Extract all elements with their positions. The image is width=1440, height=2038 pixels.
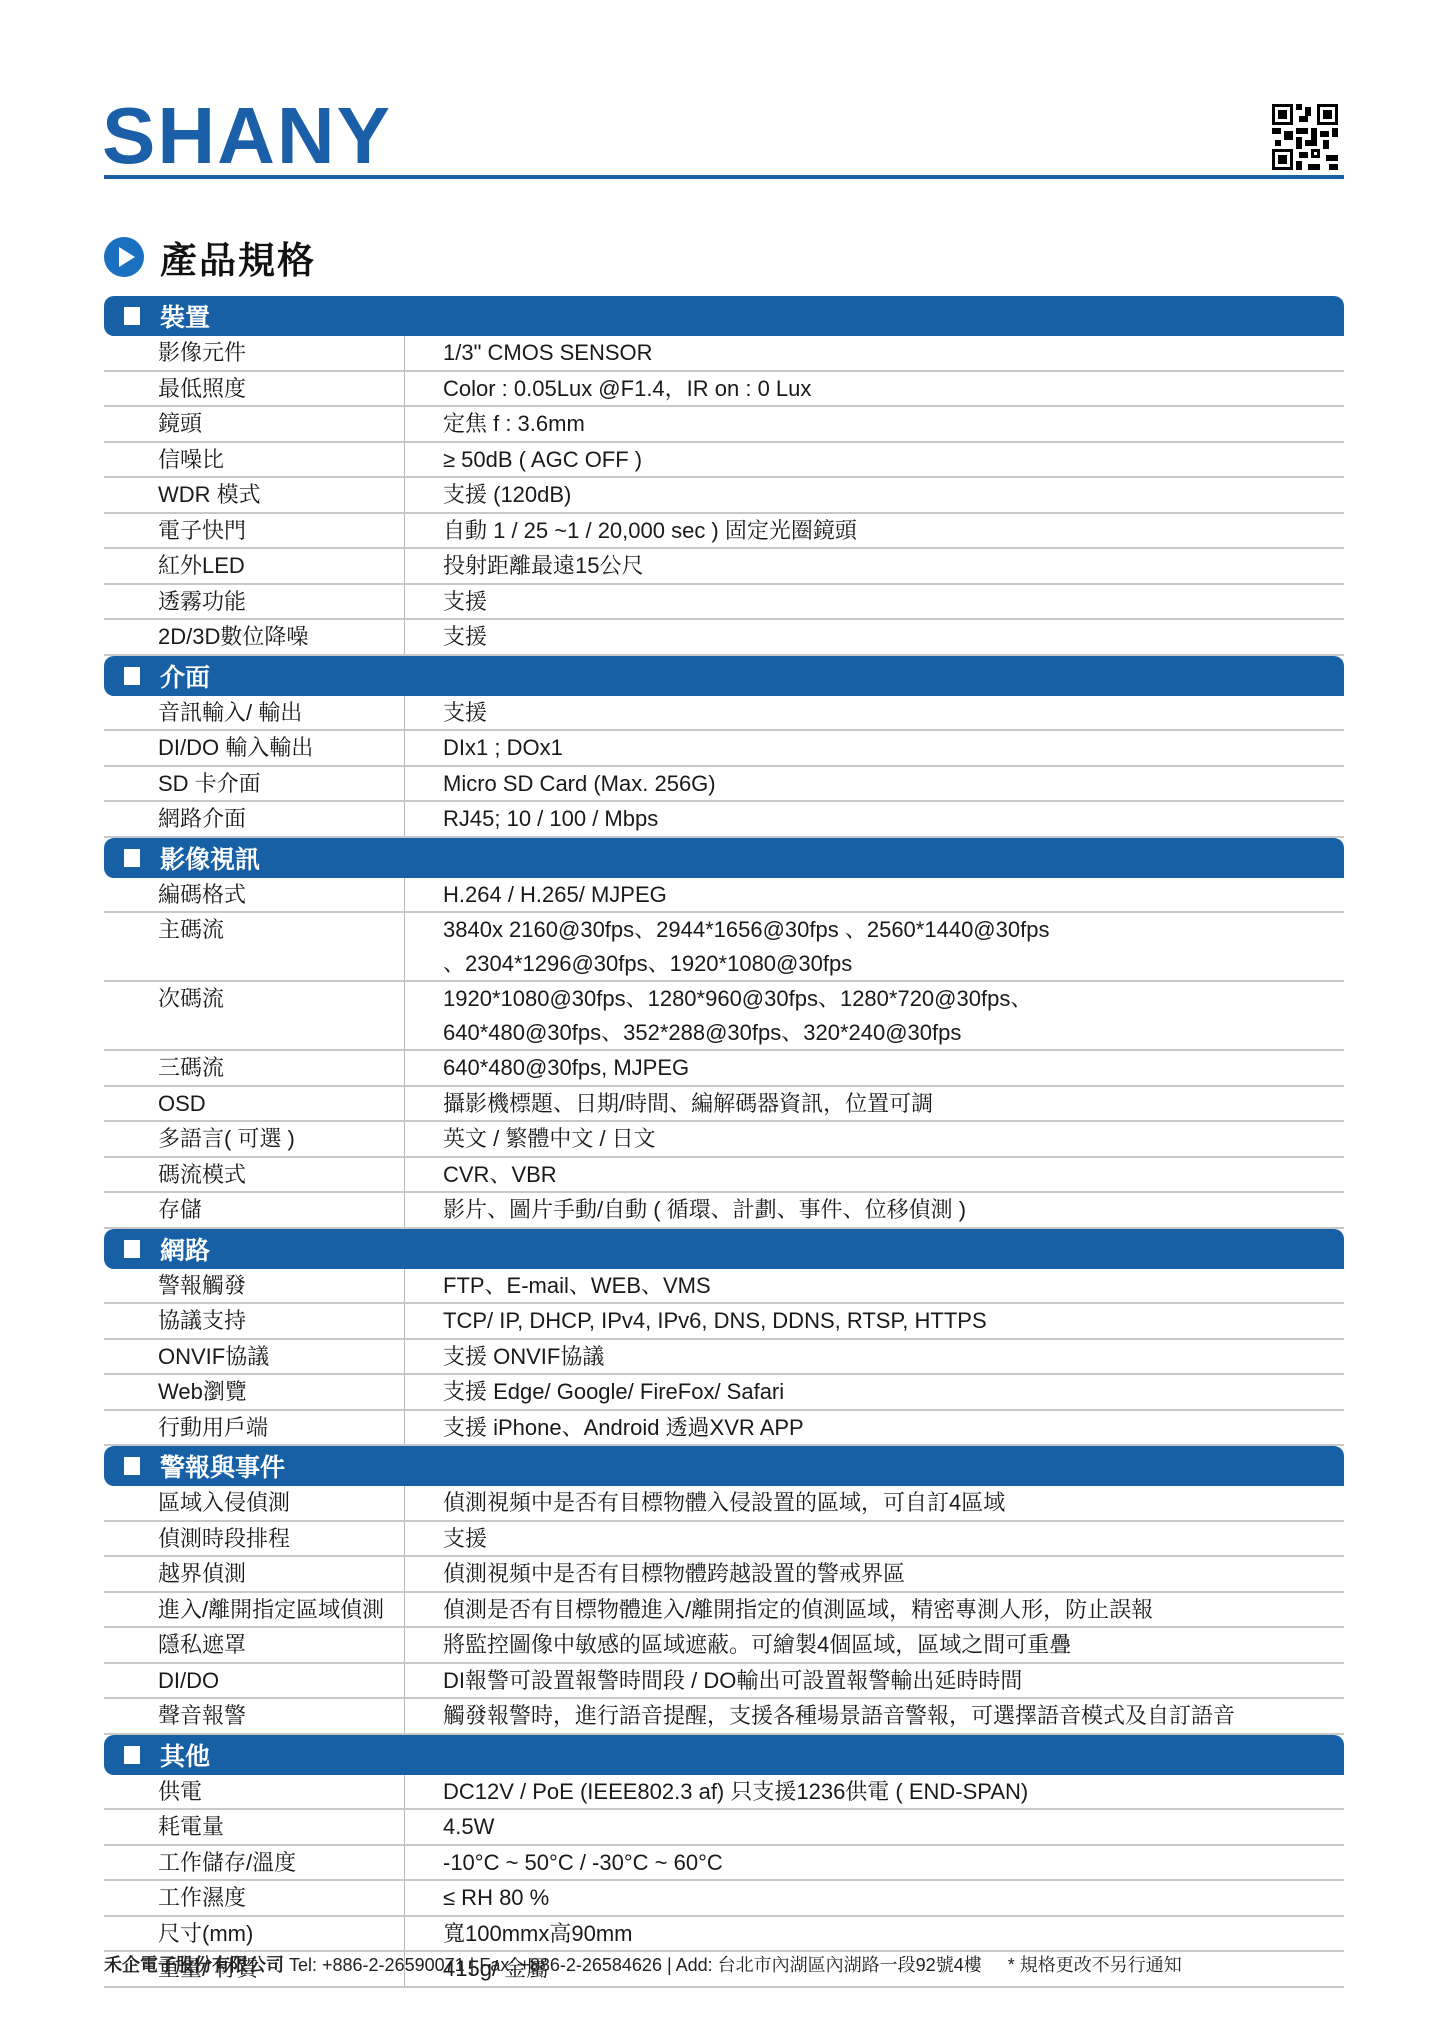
spec-label: ONVIF協議: [104, 1340, 405, 1374]
spec-row: 警報觸發FTP、E-mail、WEB、VMS: [104, 1269, 1344, 1305]
spec-value: ≤ RH 80 %: [405, 1881, 1344, 1915]
page-heading: 產品規格: [104, 230, 316, 284]
spec-value: 投射距離最遠15公尺: [405, 549, 1344, 583]
page-title: 產品規格: [160, 230, 316, 284]
spec-value: 偵測視頻中是否有目標物體跨越設置的警戒界區: [405, 1557, 1344, 1591]
spec-label: 信噪比: [104, 443, 405, 477]
spec-row: WDR 模式支援 (120dB): [104, 478, 1344, 514]
square-bullet-icon: [124, 1746, 140, 1764]
header-rule: [104, 175, 1344, 179]
spec-value: 偵測是否有目標物體進入/離開指定的偵測區域，精密專測人形，防止誤報: [405, 1593, 1344, 1627]
spec-value: H.264 / H.265/ MJPEG: [405, 878, 1344, 912]
spec-row: 紅外LED投射距離最遠15公尺: [104, 549, 1344, 585]
square-bullet-icon: [124, 849, 140, 867]
spec-row: 隱私遮罩將監控圖像中敏感的區域遮蔽。可繪製4個區域，區域之間可重疊: [104, 1628, 1344, 1664]
spec-row: 次碼流1920*1080@30fps、1280*960@30fps、1280*7…: [104, 982, 1344, 1051]
spec-label: 尺寸(mm): [104, 1917, 405, 1951]
spec-table: 裝置影像元件1/3" CMOS SENSOR最低照度Color : 0.05Lu…: [104, 296, 1344, 1988]
spec-row: 越界偵測偵測視頻中是否有目標物體跨越設置的警戒界區: [104, 1557, 1344, 1593]
spec-label: 工作濕度: [104, 1881, 405, 1915]
spec-value: 偵測視頻中是否有目標物體入侵設置的區域，可自訂4區域: [405, 1486, 1344, 1520]
spec-label: 音訊輸入/ 輸出: [104, 696, 405, 730]
spec-row: 2D/3D數位降噪支援: [104, 620, 1344, 656]
spec-row: 尺寸(mm)寬100mmx高90mm: [104, 1917, 1344, 1953]
spec-value: 觸發報警時，進行語音提醒，支援各種場景語音警報，可選擇語音模式及自訂語音: [405, 1699, 1344, 1733]
spec-value: 自動 1 / 25 ~1 / 20,000 sec ) 固定光圈鏡頭: [405, 514, 1344, 548]
spec-row: 工作儲存/溫度-10°C ~ 50°C / -30°C ~ 60°C: [104, 1846, 1344, 1882]
spec-label: 隱私遮罩: [104, 1628, 405, 1662]
spec-label: 三碼流: [104, 1051, 405, 1085]
square-bullet-icon: [124, 307, 140, 325]
spec-label: 供電: [104, 1775, 405, 1809]
company-name: 禾企電子股份有限公司: [104, 1955, 284, 1975]
spec-label: 紅外LED: [104, 549, 405, 583]
square-bullet-icon: [124, 667, 140, 685]
section-title: 其他: [160, 1737, 210, 1773]
section-title: 介面: [160, 658, 210, 694]
spec-label: 多語言( 可選 ): [104, 1122, 405, 1156]
spec-row: 行動用戶端支援 iPhone、Android 透過XVR APP: [104, 1411, 1344, 1447]
play-circle-icon: [104, 237, 144, 277]
spec-row: 耗電量4.5W: [104, 1810, 1344, 1846]
spec-label: 耗電量: [104, 1810, 405, 1844]
spec-value: RJ45; 10 / 100 / Mbps: [405, 802, 1344, 836]
square-bullet-icon: [124, 1457, 140, 1475]
spec-label: 區域入侵偵測: [104, 1486, 405, 1520]
spec-value: 640*480@30fps, MJPEG: [405, 1051, 1344, 1085]
section-header: 裝置: [104, 296, 1344, 336]
spec-value: 將監控圖像中敏感的區域遮蔽。可繪製4個區域，區域之間可重疊: [405, 1628, 1344, 1662]
spec-label: 偵測時段排程: [104, 1522, 405, 1556]
spec-row: 網路介面RJ45; 10 / 100 / Mbps: [104, 802, 1344, 838]
spec-row: 存儲影片、圖片手動/自動 ( 循環、計劃、事件、位移偵測 ): [104, 1193, 1344, 1229]
spec-row: Web瀏覽支援 Edge/ Google/ FireFox/ Safari: [104, 1375, 1344, 1411]
spec-value: 1920*1080@30fps、1280*960@30fps、1280*720@…: [405, 982, 1344, 1049]
spec-label: 越界偵測: [104, 1557, 405, 1591]
spec-row: 區域入侵偵測偵測視頻中是否有目標物體入侵設置的區域，可自訂4區域: [104, 1486, 1344, 1522]
spec-label: 透霧功能: [104, 585, 405, 619]
spec-value: 支援 iPhone、Android 透過XVR APP: [405, 1411, 1344, 1445]
spec-row: 影像元件1/3" CMOS SENSOR: [104, 336, 1344, 372]
spec-label: SD 卡介面: [104, 767, 405, 801]
spec-label: 行動用戶端: [104, 1411, 405, 1445]
square-bullet-icon: [124, 1240, 140, 1258]
spec-row: 信噪比≥ 50dB ( AGC OFF ): [104, 443, 1344, 479]
spec-label: Web瀏覽: [104, 1375, 405, 1409]
spec-value: 支援: [405, 696, 1344, 730]
spec-value: 支援: [405, 1522, 1344, 1556]
spec-label: 鏡頭: [104, 407, 405, 441]
spec-row: 音訊輸入/ 輸出支援: [104, 696, 1344, 732]
section-title: 網路: [160, 1231, 210, 1267]
spec-label: 最低照度: [104, 372, 405, 406]
spec-value: 攝影機標題、日期/時間、編解碼器資訊，位置可調: [405, 1087, 1344, 1121]
spec-value: 3840x 2160@30fps、2944*1656@30fps 、2560*1…: [405, 913, 1344, 980]
spec-value: 影片、圖片手動/自動 ( 循環、計劃、事件、位移偵測 ): [405, 1193, 1344, 1227]
spec-label: 網路介面: [104, 802, 405, 836]
qr-code-icon: [1272, 103, 1338, 171]
spec-row: 透霧功能支援: [104, 585, 1344, 621]
spec-label: 電子快門: [104, 514, 405, 548]
disclaimer: * 規格更改不另行通知: [1008, 1955, 1182, 1975]
spec-row: OSD攝影機標題、日期/時間、編解碼器資訊，位置可調: [104, 1087, 1344, 1123]
spec-value: TCP/ IP, DHCP, IPv4, IPv6, DNS, DDNS, RT…: [405, 1304, 1344, 1338]
spec-label: 存儲: [104, 1193, 405, 1227]
spec-value: 支援 ONVIF協議: [405, 1340, 1344, 1374]
spec-value: DC12V / PoE (IEEE802.3 af) 只支援1236供電 ( E…: [405, 1775, 1344, 1809]
spec-label: 工作儲存/溫度: [104, 1846, 405, 1880]
spec-row: ONVIF協議支援 ONVIF協議: [104, 1340, 1344, 1376]
spec-row: 最低照度Color : 0.05Lux @F1.4，IR on : 0 Lux: [104, 372, 1344, 408]
spec-value: 支援 Edge/ Google/ FireFox/ Safari: [405, 1375, 1344, 1409]
spec-value: 支援 (120dB): [405, 478, 1344, 512]
spec-row: 鏡頭定焦 f : 3.6mm: [104, 407, 1344, 443]
spec-value: Color : 0.05Lux @F1.4，IR on : 0 Lux: [405, 372, 1344, 406]
spec-label: 進入/離開指定區域偵測: [104, 1593, 405, 1627]
spec-label: 2D/3D數位降噪: [104, 620, 405, 654]
spec-label: 主碼流: [104, 913, 405, 980]
spec-row: 三碼流640*480@30fps, MJPEG: [104, 1051, 1344, 1087]
spec-label: 聲音報警: [104, 1699, 405, 1733]
spec-label: OSD: [104, 1087, 405, 1121]
spec-label: DI/DO 輸入輸出: [104, 731, 405, 765]
spec-row: 供電DC12V / PoE (IEEE802.3 af) 只支援1236供電 (…: [104, 1775, 1344, 1811]
spec-value: 支援: [405, 620, 1344, 654]
spec-label: 編碼格式: [104, 878, 405, 912]
section-header: 警報與事件: [104, 1446, 1344, 1486]
spec-label: 碼流模式: [104, 1158, 405, 1192]
spec-label: WDR 模式: [104, 478, 405, 512]
section-header: 其他: [104, 1735, 1344, 1775]
spec-row: SD 卡介面Micro SD Card (Max. 256G): [104, 767, 1344, 803]
spec-value: 定焦 f : 3.6mm: [405, 407, 1344, 441]
spec-label: DI/DO: [104, 1664, 405, 1698]
spec-row: 碼流模式CVR、VBR: [104, 1158, 1344, 1194]
spec-row: 聲音報警觸發報警時，進行語音提醒，支援各種場景語音警報，可選擇語音模式及自訂語音: [104, 1699, 1344, 1735]
spec-row: 編碼格式H.264 / H.265/ MJPEG: [104, 878, 1344, 914]
spec-value: DIx1 ; DOx1: [405, 731, 1344, 765]
spec-label: 協議支持: [104, 1304, 405, 1338]
spec-value: ≥ 50dB ( AGC OFF ): [405, 443, 1344, 477]
spec-row: DI/DO 輸入輸出DIx1 ; DOx1: [104, 731, 1344, 767]
spec-row: 進入/離開指定區域偵測偵測是否有目標物體進入/離開指定的偵測區域，精密專測人形，…: [104, 1593, 1344, 1629]
spec-row: 電子快門自動 1 / 25 ~1 / 20,000 sec ) 固定光圈鏡頭: [104, 514, 1344, 550]
section-header: 影像視訊: [104, 838, 1344, 878]
spec-value: 4.5W: [405, 1810, 1344, 1844]
spec-value: 英文 / 繁體中文 / 日文: [405, 1122, 1344, 1156]
spec-row: DI/DODI報警可設置報警時間段 / DO輸出可設置報警輸出延時時間: [104, 1664, 1344, 1700]
footer: 禾企電子股份有限公司 Tel: +886-2-26590071 | Fax: +…: [104, 1951, 1182, 1977]
spec-row: 工作濕度≤ RH 80 %: [104, 1881, 1344, 1917]
spec-row: 協議支持TCP/ IP, DHCP, IPv4, IPv6, DNS, DDNS…: [104, 1304, 1344, 1340]
spec-row: 偵測時段排程支援: [104, 1522, 1344, 1558]
spec-value: -10°C ~ 50°C / -30°C ~ 60°C: [405, 1846, 1344, 1880]
spec-value: Micro SD Card (Max. 256G): [405, 767, 1344, 801]
spec-value: DI報警可設置報警時間段 / DO輸出可設置報警輸出延時時間: [405, 1664, 1344, 1698]
spec-value: 寬100mmx高90mm: [405, 1917, 1344, 1951]
section-title: 裝置: [160, 298, 210, 334]
spec-value: FTP、E-mail、WEB、VMS: [405, 1269, 1344, 1303]
section-header: 介面: [104, 656, 1344, 696]
spec-value: 1/3" CMOS SENSOR: [405, 336, 1344, 370]
spec-value: 支援: [405, 585, 1344, 619]
contact-info: Tel: +886-2-26590071 | Fax: +886-2-26584…: [284, 1955, 982, 1975]
section-title: 影像視訊: [160, 840, 260, 876]
section-header: 網路: [104, 1229, 1344, 1269]
spec-label: 次碼流: [104, 982, 405, 1049]
spec-value: CVR、VBR: [405, 1158, 1344, 1192]
spec-row: 多語言( 可選 )英文 / 繁體中文 / 日文: [104, 1122, 1344, 1158]
spec-row: 主碼流3840x 2160@30fps、2944*1656@30fps 、256…: [104, 913, 1344, 982]
section-title: 警報與事件: [160, 1448, 285, 1484]
spec-label: 警報觸發: [104, 1269, 405, 1303]
brand-logo: SHANY: [102, 96, 392, 176]
spec-label: 影像元件: [104, 336, 405, 370]
